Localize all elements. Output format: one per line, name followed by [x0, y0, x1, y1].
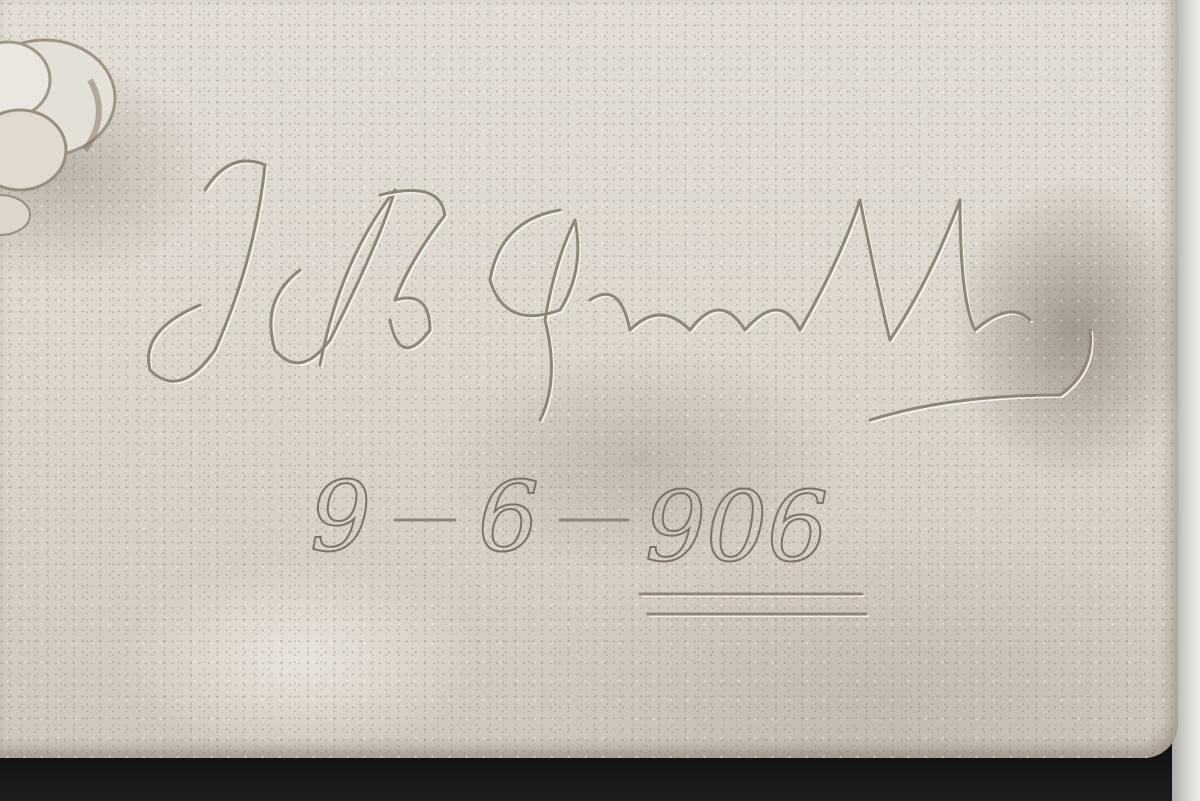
date-day: 9: [310, 461, 371, 573]
date-month: 6: [478, 461, 539, 573]
date-year: 906: [645, 471, 828, 583]
signature-engraving: [149, 161, 1093, 422]
photo-scene: 9 6 906 J.M. Carvalho 9-6-906: [0, 0, 1200, 801]
date-engraving: 9 6 906: [310, 461, 868, 616]
inscription: 9 6 906: [0, 0, 1200, 801]
